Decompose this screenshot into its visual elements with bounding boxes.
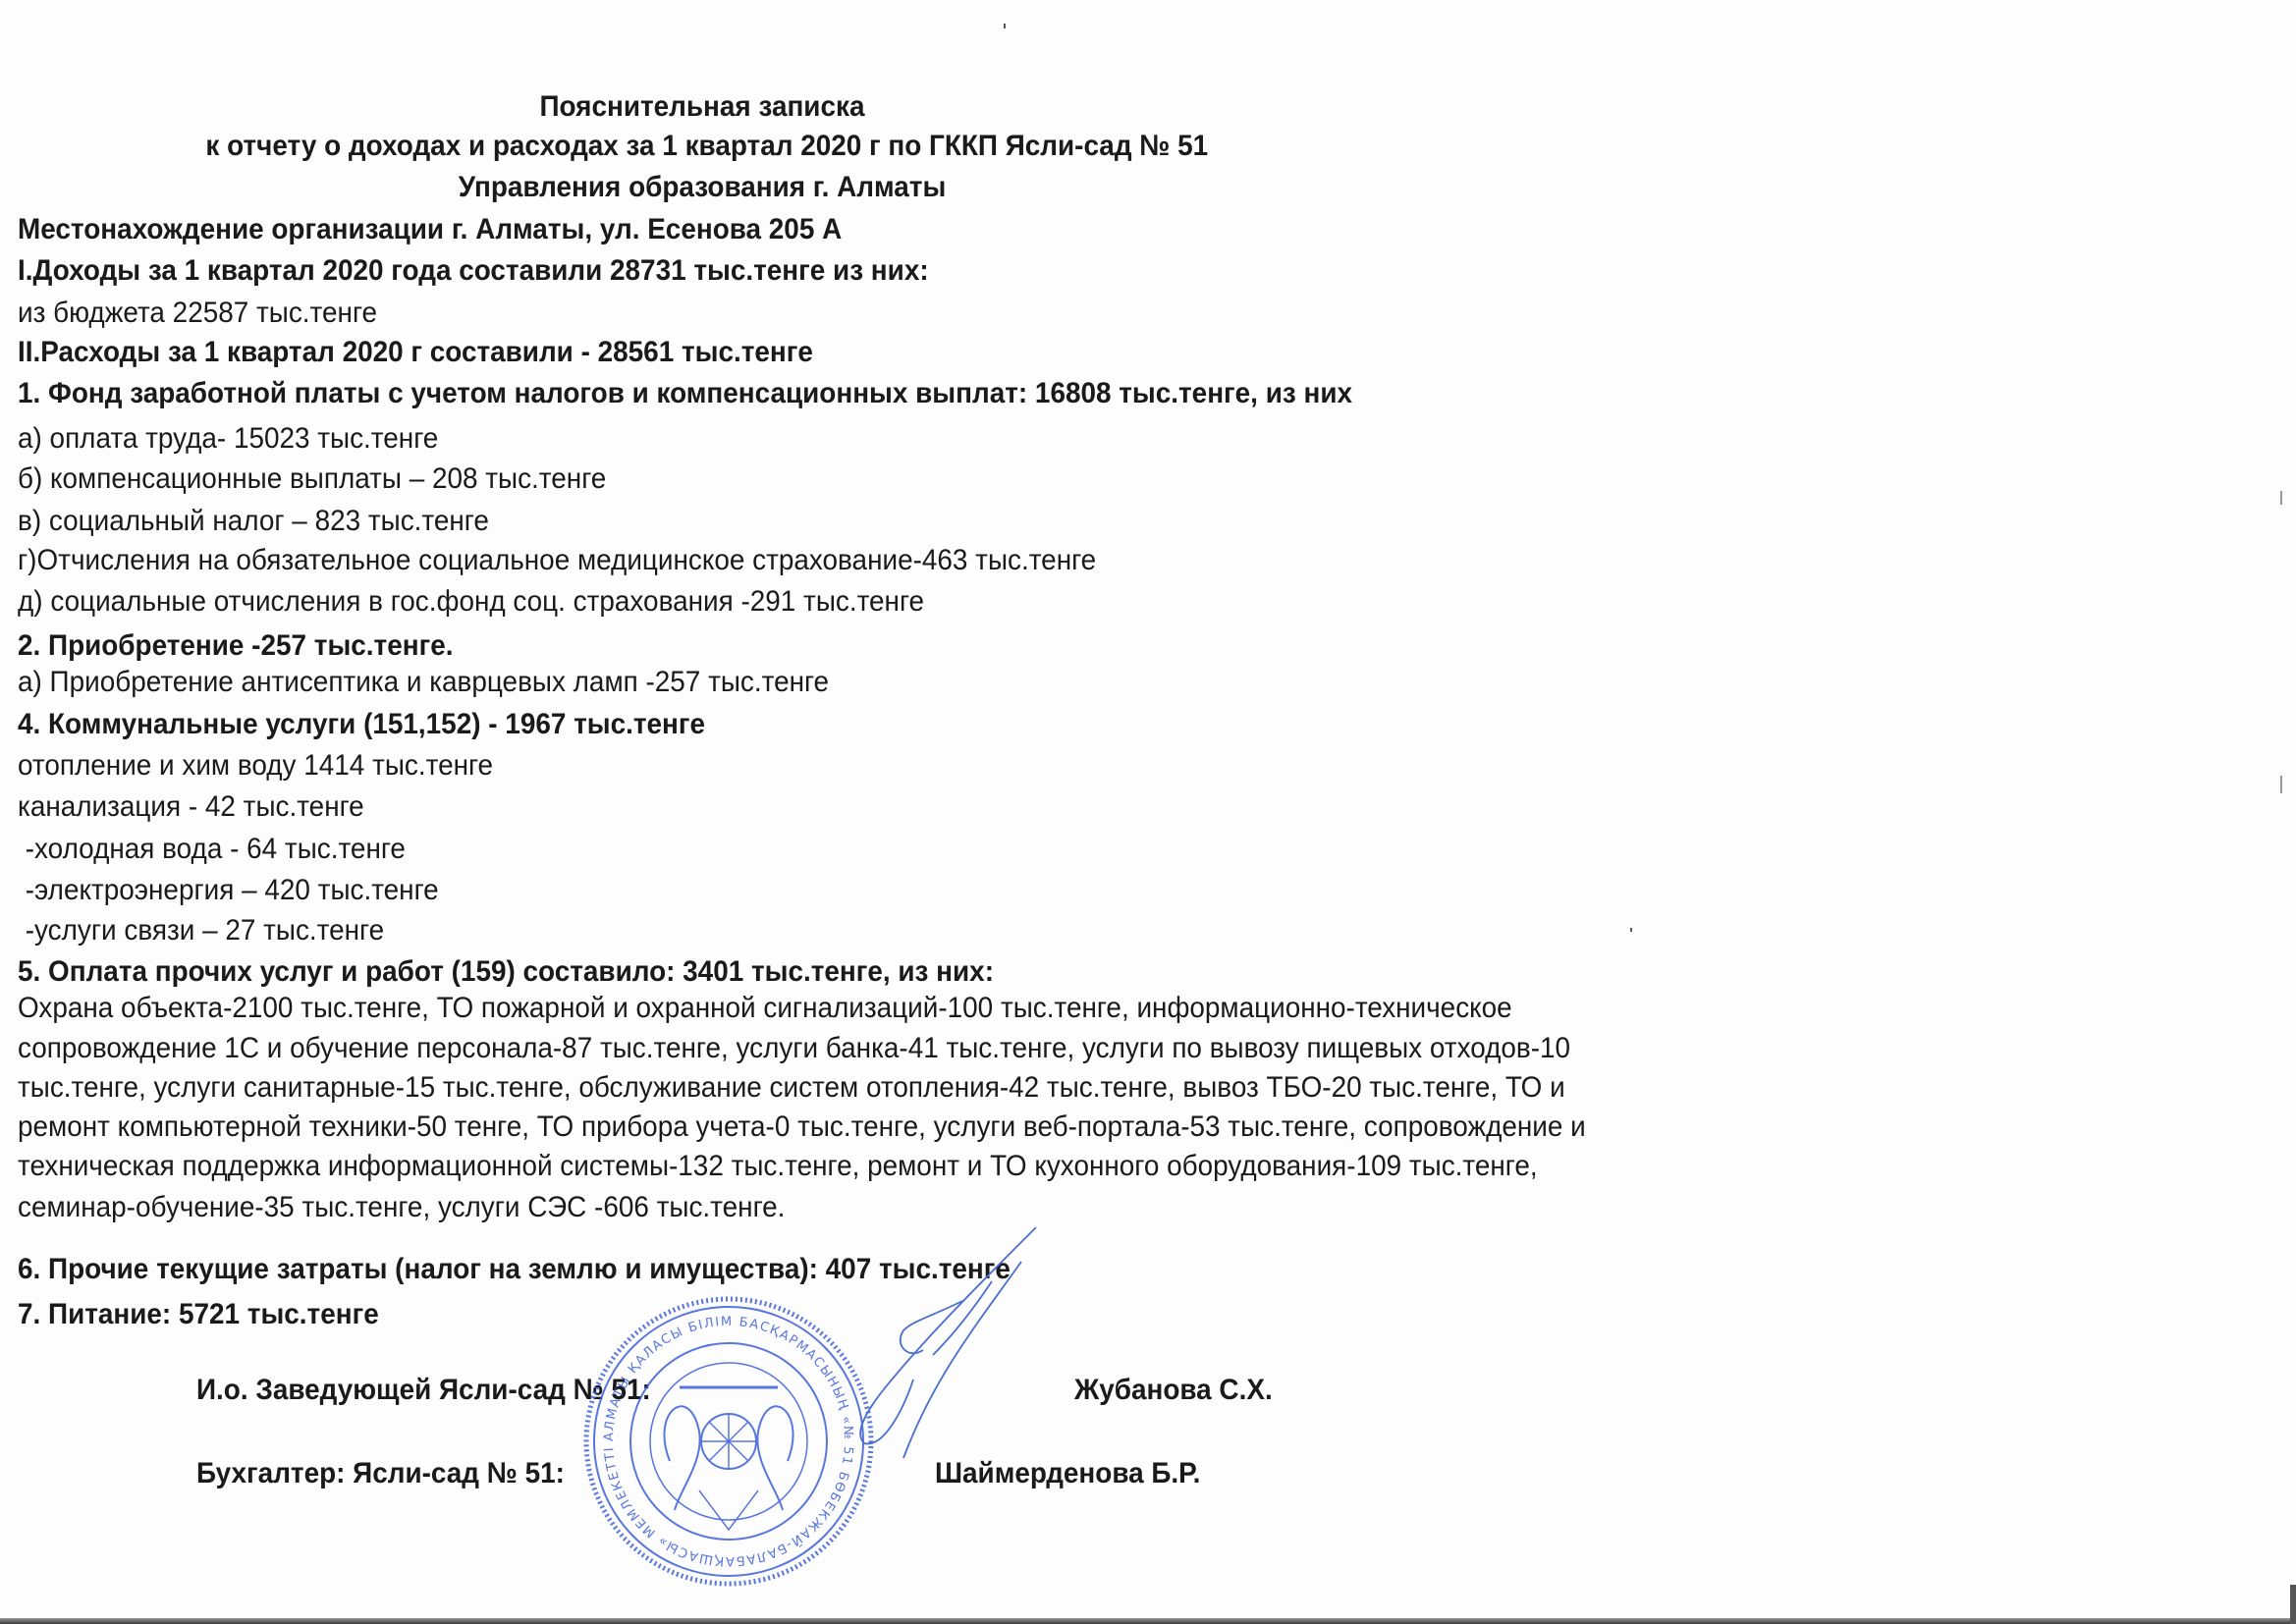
- accountant-role: Бухгалтер: Ясли-сад № 51:: [196, 1456, 565, 1491]
- services-paragraph-line: сопровождение 1С и обучение персонала-87…: [18, 1031, 1570, 1066]
- utilities-item: -услуги связи – 27 тыс.тенге: [18, 913, 384, 948]
- purchases-item: а) Приобретение антисептика и каврцевых …: [18, 665, 829, 700]
- income-heading: I.Доходы за 1 квартал 2020 года составил…: [18, 253, 929, 289]
- utilities-item: отопление и хим воду 1414 тыс.тенге: [18, 748, 493, 784]
- payroll-item: д) социальные отчисления в гос.фонд соц.…: [18, 584, 924, 620]
- scan-speck: [2280, 491, 2282, 505]
- utilities-item: -электроэнергия – 420 тыс.тенге: [18, 873, 439, 908]
- payroll-item: б) компенсационные выплаты – 208 тыс.тен…: [18, 461, 606, 497]
- services-paragraph-line: ремонт компьютерной техники-50 тенге, ТО…: [18, 1110, 1586, 1145]
- scan-speck: [1004, 24, 1006, 28]
- income-budget: из бюджета 22587 тыс.тенге: [18, 296, 377, 331]
- utilities-heading: 4. Коммунальные услуги (151,152) - 1967 …: [18, 707, 705, 742]
- scan-right-edge: [2290, 1585, 2296, 1624]
- document-title-text: Пояснительная записка: [539, 89, 864, 125]
- scan-bottom-edge: [0, 1618, 2296, 1624]
- organization-location: Местонахождение организации г. Алматы, у…: [18, 212, 842, 247]
- payroll-heading: 1. Фонд заработной платы с учетом налого…: [18, 376, 1352, 411]
- purchases-heading: 2. Приобретение -257 тыс.тенге.: [18, 628, 453, 664]
- document-subtitle-text: к отчету о доходах и расходах за 1 кварт…: [206, 129, 1209, 164]
- expenses-heading: II.Расходы за 1 квартал 2020 г составили…: [18, 335, 813, 370]
- scan-speck: [2280, 776, 2282, 793]
- document-department: Управления образования г. Алматы: [0, 170, 1404, 205]
- utilities-item: -холодная вода - 64 тыс.тенге: [18, 832, 406, 867]
- payroll-item: г)Отчисления на обязательное социальное …: [18, 543, 1096, 578]
- services-paragraph-line: техническая поддержка информационной сис…: [18, 1149, 1538, 1184]
- document-department-text: Управления образования г. Алматы: [459, 170, 947, 205]
- scan-speck: [1630, 928, 1632, 932]
- document-title: Пояснительная записка: [0, 89, 1404, 125]
- services-paragraph-line: семинар-обучение-35 тыс.тенге, услуги СЭ…: [18, 1190, 785, 1225]
- services-paragraph-line: Охрана объекта-2100 тыс.тенге, ТО пожарн…: [18, 991, 1512, 1026]
- payroll-item: в) социальный налог – 823 тыс.тенге: [18, 504, 489, 539]
- document-subtitle: к отчету о доходах и расходах за 1 кварт…: [0, 129, 1414, 164]
- services-heading: 5. Оплата прочих услуг и работ (159) сос…: [18, 954, 994, 990]
- services-paragraph-line: тыс.тенге, услуги санитарные-15 тыс.тенг…: [18, 1070, 1565, 1106]
- payroll-item: а) оплата труда- 15023 тыс.тенге: [18, 421, 438, 457]
- utilities-item: канализация - 42 тыс.тенге: [18, 789, 364, 825]
- food-heading: 7. Питание: 5721 тыс.тенге: [18, 1297, 379, 1332]
- signature-scribble-icon: [825, 1222, 1041, 1478]
- director-name: Жубанова С.Х.: [1074, 1373, 1273, 1408]
